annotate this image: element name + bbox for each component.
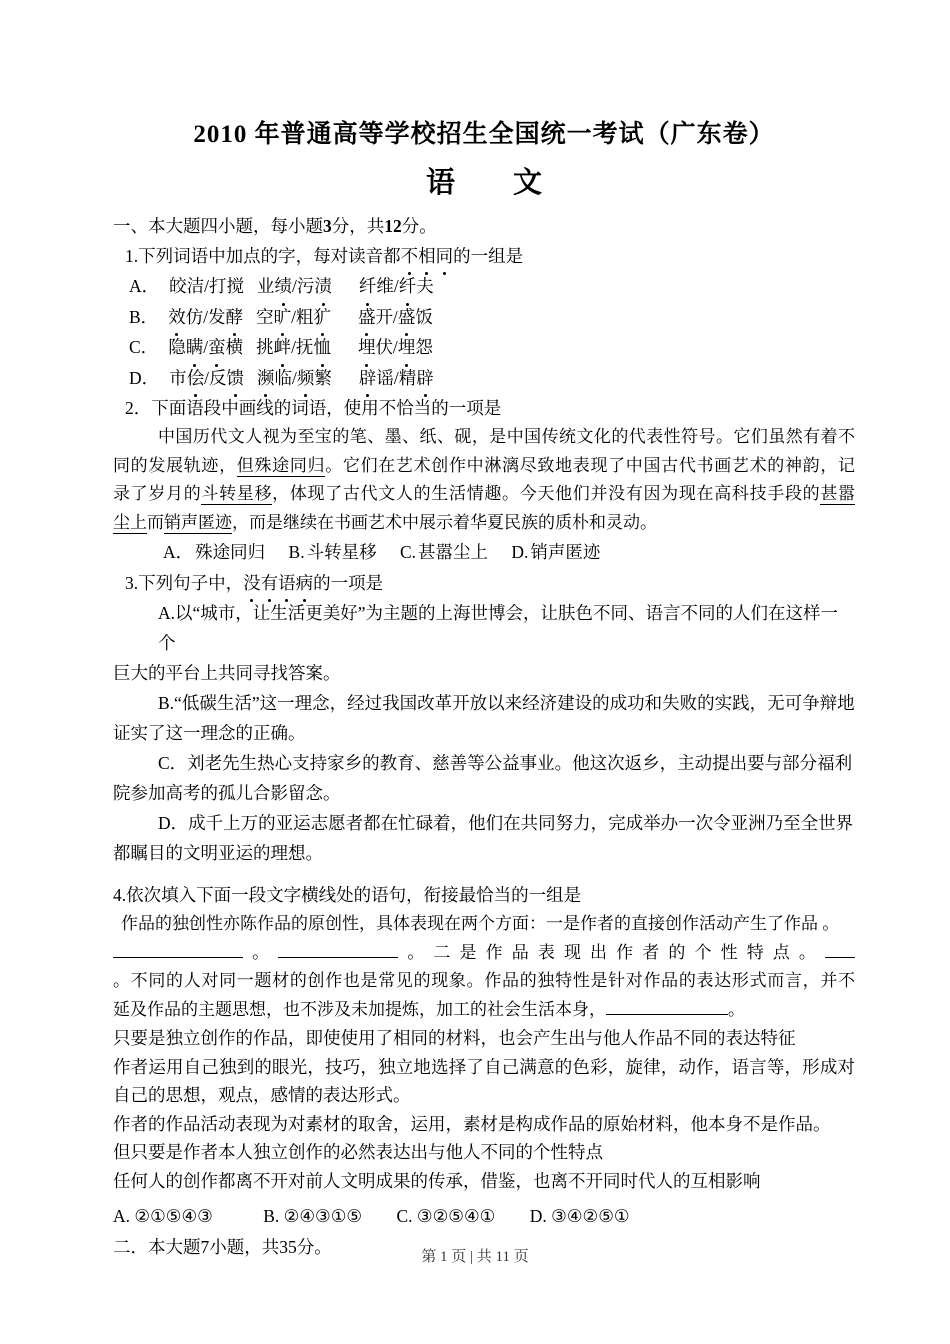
q4-sentence-3: 作者的作品活动表现为对素材的取舍，运用，素材是构成作品的原始材料，他本身不是作品… [113,1110,855,1139]
q3-option-c-line-2: 院参加高考的孤儿合影留念。 [113,778,855,808]
q2-paragraph-line-1: 中国历代文人视为至宝的笔、墨、纸、砚，是中国传统文化的代表性符号。它们虽然有着不 [113,423,855,452]
q4-option-c: C. ③②⑤④① [396,1206,495,1226]
q4-option-a: A. ②①⑤④③ [113,1206,213,1226]
q1-word-pair: 挑衅/抚恤 [256,337,331,357]
q3-stem-post: 的一项是 [313,573,383,593]
q2-option-b-text: 斗转星移 [307,542,377,562]
q4-blank-sep: 。 [243,943,278,962]
q3-option-a-line-1: A.以“城市，让生活更美好”为主题的上海世博会，让肤色不同、语言不同的人们在这样… [113,598,855,658]
q4-line-4-text: 延及作品的主题思想，也不涉及未加提炼，加工的社会生活本身， [113,1000,606,1019]
q1-option-c: C．隐瞒/蛮横挑衅/抚恤埋伏/埋怨 [113,332,855,363]
q4-intro-line-1: 作品的独创性亦陈作品的原创性，具体表现在两个方面：一是作者的直接创作活动产生了作… [113,910,855,939]
q4-options-row: A. ②①⑤④③ B. ②④③①⑤ C. ③②⑤④① D. ③④②⑤① [113,1201,855,1232]
q4-option-a-label: A. [113,1206,130,1226]
q2-option-c-label: C. [400,542,416,562]
q2-option-c-text: 甚嚣尘上 [418,542,488,562]
q4-option-b-sequence: ②④③①⑤ [284,1206,362,1226]
section-1-total-points: 12 [384,216,402,236]
q1-option-b-label: B． [129,307,158,327]
q1-word-pair: 市侩/反馈 [169,368,244,388]
q1-option-c-label: C． [129,337,158,357]
q4-option-a-sequence: ②①⑤④③ [134,1206,212,1226]
q4-sentence-4: 但只要是作者本人独立创作的必然表达出与他人不同的个性特点 [113,1138,855,1167]
section-1-header: 一、本大题四小题，每小题3分，共12分。 [113,211,855,241]
q2-paragraph-line-2: 同的发展轨迹，但殊途同归。它们在艺术创作中淋漓尽致地表现了中国古代书画艺术的神韵… [113,452,855,481]
q2-option-b: B.斗转星移 [289,542,377,562]
q1-option-a-label: A． [129,276,159,296]
q3-option-d-line-1: D．成千上万的亚运志愿者都在忙碌着，他们在共同努力，完成举办一次令亚洲乃至全世界 [113,808,855,838]
q2-options-row: A．殊途同归 B.斗转星移 C.甚嚣尘上 D.销声匿迹 [113,537,855,568]
q1-stem-pre: 1.下列词语中加点的字，每对读音都 [125,246,401,266]
q1-option-d-label: D． [129,368,159,388]
q1-stem-post: 的一组是 [453,246,523,266]
q4-option-d-sequence: ③④②⑤① [551,1206,629,1226]
q4-blank-3 [825,942,855,958]
q4-option-c-sequence: ③②⑤④① [417,1206,495,1226]
q3-option-b-line-2: 证实了这一理念的正确。 [113,718,855,748]
q1-option-d: D．市侩/反馈濒临/频繁辟谣/精辟 [113,363,855,394]
q1-word-pair: 辟谣/精辟 [359,368,434,388]
q2-option-a-text: 殊途同归 [195,542,265,562]
q1-option-b: B．效仿/发酵空旷/粗犷盛开/盛饭 [113,302,855,333]
q1-word-pair: 埋伏/埋怨 [358,337,433,357]
q2-option-d: D.销声匿迹 [511,542,600,562]
page-content: 2010 年普通高等学校招生全国统一考试（广东卷） 语 文 一、本大题四小题，每… [113,0,855,1263]
section-1-pre: 一、本大题四小题，每小题 [113,216,323,236]
q4-line-4-period: 。 [728,1000,745,1019]
q4-option-b-label: B. [263,1206,279,1226]
q1-word-pair: 盛开/盛饭 [358,307,433,327]
q4-intro-line-3: 。不同的人对同一题材的创作也是常见的现象。作品的独特性是针对作品的表达形式而言，… [113,967,855,996]
q1-word-pair: 空旷/粗犷 [256,307,331,327]
q1-word-pair: 濒临/频繁 [257,368,332,388]
q4-option-d: D. ③④②⑤① [530,1206,630,1226]
q2-option-b-label: B. [289,542,305,562]
q1-word-pair: 业绩/污渍 [257,276,332,296]
section-1-post: 分。 [402,216,437,236]
q4-blank-4 [606,999,728,1015]
q2-option-a: A．殊途同归 [163,542,265,562]
q3-stem: 3.下列句子中，没有语病的一项是 [113,568,855,598]
q1-stem-emphasized: 不相同 [401,246,454,266]
q2-option-a-label: A． [163,542,193,562]
q3-stem-pre: 3.下列句子中， [125,573,243,593]
q3-option-a-line-2: 巨大的平台上共同寻找答案。 [113,658,855,688]
q4-intro-line-4: 延及作品的主题思想，也不涉及未加提炼，加工的社会生活本身，。 [113,996,855,1025]
q1-word-pair: 纤维/纤夫 [359,276,434,296]
q1-word-pair: 皎洁/打搅 [169,276,244,296]
q4-option-b: B. ②④③①⑤ [263,1206,362,1226]
page-title: 2010 年普通高等学校招生全国统一考试（广东卷） [113,118,855,152]
q2-option-c: C.甚嚣尘上 [400,542,488,562]
exam-page: 2010 年普通高等学校招生全国统一考试（广东卷） 语 文 一、本大题四小题，每… [0,0,950,1344]
q2-option-d-label: D. [511,542,528,562]
q4-sentence-2: 作者运用自己独到的眼光，技巧，独立地选择了自己满意的色彩，旋律，动作，语言等，形… [113,1053,855,1110]
q2-stem: 2．下面语段中画线的词语，使用不恰当的一项是 [113,393,855,423]
q4-sentence-1: 只要是独立创作的作品，即使使用了相同的材料，也会产生出与他人作品不同的表达特征 [113,1024,855,1053]
q3-option-d-line-2: 都瞩目的文明亚运的理想。 [113,838,855,868]
subject-title: 语 文 [113,164,855,202]
section-1-mid: 分，共 [332,216,385,236]
q4-stem: 4.依次填入下面一段文字横线处的语句，衔接最恰当的一组是 [113,880,855,910]
q4-sentence-5: 任何人的创作都离不开对前人文明成果的传承，借鉴，也离不开同时代人的互相影响 [113,1167,855,1196]
q3-option-c-line-1: C．刘老先生热心支持家乡的教育、慈善等公益事业。他这次返乡，主动提出要与部分福利 [113,748,855,778]
q4-option-d-label: D. [530,1206,547,1226]
section-1-points-per-item: 3 [323,216,332,236]
q4-blank-1 [113,942,243,958]
q1-stem: 1.下列词语中加点的字，每对读音都不相同的一组是 [113,241,855,271]
q4-blank-line: 。。二是作品表现出作者的个性特点。 [113,939,855,968]
q3-option-b-line-1: B.“低碳生活”这一理念，经过我国改革开放以来经济建设的成功和失败的实践，无可争… [113,688,855,718]
q1-option-a: A．皎洁/打搅业绩/污渍纤维/纤夫 [113,271,855,302]
q4-blank-sentence: 。二是作品表现出作者的个性特点。 [398,943,825,962]
q1-word-pair: 效仿/发酵 [168,307,243,327]
q2-paragraph-line-3: 录了岁月的斗转星移，体现了古代文人的生活情趣。今天他们并没有因为现在高科技手段的… [113,480,855,509]
page-number-footer: 第 1 页 | 共 11 页 [0,1245,950,1266]
q1-word-pair: 隐瞒/蛮横 [168,337,243,357]
q3-stem-emphasized: 没有语病 [243,573,313,593]
q4-blank-2 [278,942,398,958]
q2-paragraph-line-4: 尘上而销声匿迹，而是继续在书画艺术中展示着华夏民族的质朴和灵动。 [113,509,855,538]
q2-option-d-text: 销声匿迹 [530,542,600,562]
q4-option-c-label: C. [396,1206,412,1226]
